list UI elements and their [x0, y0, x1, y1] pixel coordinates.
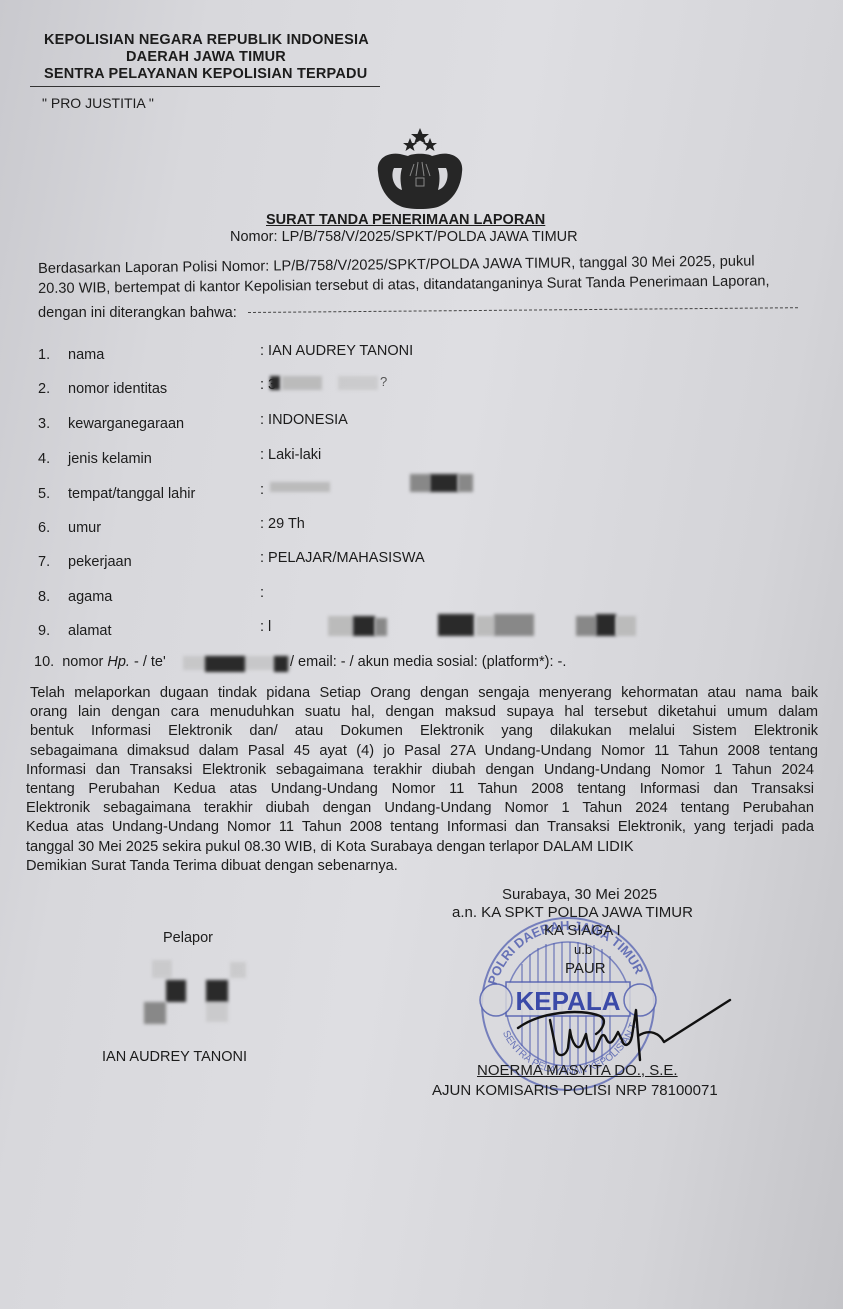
redaction: [458, 474, 473, 492]
field-number: 4.: [38, 451, 50, 467]
field-value: :: [260, 482, 264, 498]
redaction: [576, 616, 596, 636]
field-label: nama: [68, 347, 104, 363]
redaction: [270, 482, 330, 492]
contact-line: 10. nomor Hp. - / te': [34, 654, 166, 670]
redaction: [274, 656, 288, 672]
report-line: sebagaimana dimaksud dalam Pasal 45 ayat…: [30, 742, 818, 761]
redaction: [616, 616, 636, 636]
redaction: [338, 376, 378, 390]
report-line: tentang Perubahan Kedua atas Undang-Unda…: [26, 780, 814, 799]
redaction: [494, 614, 534, 636]
contact-hp: Hp.: [107, 654, 130, 670]
field-label: kewarganegaraan: [68, 416, 184, 432]
header-unit: SENTRA PELAYANAN KEPOLISIAN TERPADU: [44, 66, 367, 82]
document-number: Nomor: LP/B/758/V/2025/SPKT/POLDA JAWA T…: [230, 229, 578, 245]
sign-ub: u.b: [574, 942, 592, 957]
field-label: alamat: [68, 623, 112, 639]
field-label: pekerjaan: [68, 554, 132, 570]
redaction: [410, 474, 430, 492]
header-region: DAERAH JAWA TIMUR: [126, 49, 286, 65]
report-line: Kedua atas Undang-Undang Nomor 11 Tahun …: [26, 818, 814, 837]
header-institution: KEPOLISIAN NEGARA REPUBLIK INDONESIA: [44, 32, 369, 48]
document-title: SURAT TANDA PENERIMAAN LAPORAN: [266, 212, 545, 228]
field-label: tempat/tanggal lahir: [68, 486, 195, 502]
signature-redaction: [230, 962, 246, 978]
signature-redaction: [144, 1002, 166, 1024]
field-value: : Laki-laki: [260, 447, 321, 463]
redaction: [430, 474, 458, 492]
field-number: 5.: [38, 486, 50, 502]
official-name: NOERMA MASYITA DO., S.E.: [477, 1062, 678, 1079]
field-number: 3.: [38, 416, 50, 432]
redaction: [596, 614, 616, 636]
contact-prefix: nomor: [62, 654, 107, 670]
report-line: bentuk Informasi Elektronik dan/ atau Do…: [30, 722, 818, 741]
sign-on-behalf: a.n. KA SPKT POLDA JAWA TIMUR: [452, 904, 693, 921]
field-value: : IAN AUDREY TANONI: [260, 343, 413, 359]
redaction: [375, 618, 387, 636]
report-line: orang lain dengan cara menuduhkan suatu …: [30, 703, 818, 722]
field-value: :: [260, 585, 264, 601]
contact-num: 10.: [34, 654, 54, 670]
field-label: umur: [68, 520, 101, 536]
signature-redaction: [152, 960, 172, 978]
field-number: 6.: [38, 520, 50, 536]
redaction: [282, 376, 322, 390]
sign-unit: KA SIAGA I: [544, 922, 621, 939]
reporter-name: IAN AUDREY TANONI: [102, 1049, 247, 1065]
report-line: Demikian Surat Tanda Terima dibuat denga…: [26, 857, 398, 876]
official-rank: AJUN KOMISARIS POLISI NRP 78100071: [432, 1082, 718, 1099]
redaction: [476, 616, 494, 636]
report-line: tanggal 30 Mei 2025 sekira pukul 08.30 W…: [26, 838, 634, 857]
intro-line-3-text: dengan ini diterangkan bahwa:: [38, 305, 237, 321]
signature-redaction: [166, 980, 186, 1002]
contact-suffix: / email: - / akun media sosial: (platfor…: [290, 654, 566, 670]
report-line: Informasi dan Transaksi Elektronik sebag…: [26, 761, 814, 780]
field-label: agama: [68, 589, 112, 605]
intro-dash-line: [248, 307, 798, 313]
sign-place-date: Surabaya, 30 Mei 2025: [502, 886, 657, 903]
redaction: [205, 656, 245, 672]
redaction: [353, 616, 375, 636]
field-value: : INDONESIA: [260, 412, 348, 428]
report-line: Elektronik sebagaimana terakhir diubah d…: [26, 799, 814, 818]
pro-justitia-label: " PRO JUSTITIA ": [42, 95, 154, 111]
header-divider: [30, 86, 380, 87]
redaction: [328, 616, 353, 636]
field-label: jenis kelamin: [68, 451, 152, 467]
signature-redaction: [206, 980, 228, 1002]
police-report-receipt: KEPOLISIAN NEGARA REPUBLIK INDONESIA DAE…: [0, 0, 843, 1309]
field-number: 9.: [38, 623, 50, 639]
field-label: nomor identitas: [68, 381, 167, 397]
report-line: Telah melaporkan dugaan tindak pidana Se…: [30, 684, 818, 703]
field-value: : PELAJAR/MAHASISWA: [260, 550, 425, 566]
redaction-trail: ?: [380, 374, 387, 389]
intro-line-3: dengan ini diterangkan bahwa:: [38, 304, 237, 323]
field-number: 1.: [38, 347, 50, 363]
field-number: 7.: [38, 554, 50, 570]
signature-icon: [510, 990, 740, 1070]
police-emblem-icon: [370, 128, 470, 212]
sign-position: PAUR: [565, 960, 606, 977]
reporter-label: Pelapor: [163, 930, 213, 946]
redaction: [270, 376, 280, 390]
field-value: : 29 Th: [260, 516, 305, 532]
field-value: : l: [260, 619, 271, 635]
contact-mid: - / te': [130, 654, 166, 670]
redaction: [438, 614, 474, 636]
signature-redaction: [206, 1002, 228, 1022]
field-number: 8.: [38, 589, 50, 605]
field-number: 2.: [38, 381, 50, 397]
